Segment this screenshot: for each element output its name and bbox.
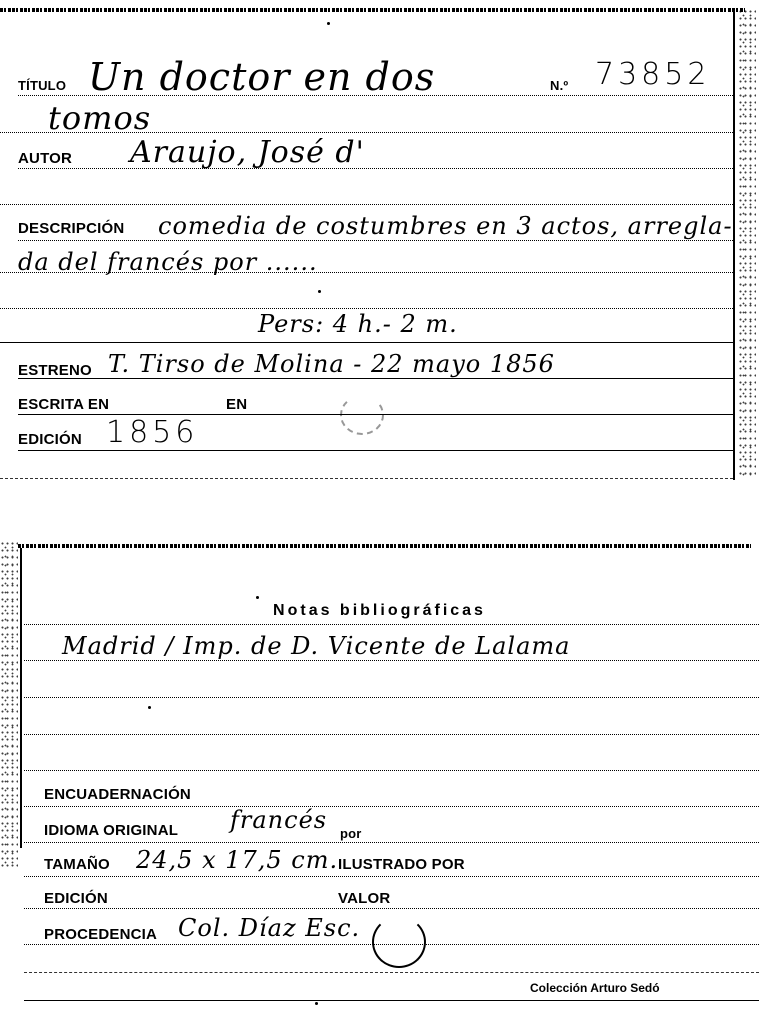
- rule: [18, 378, 733, 379]
- label-valor: Valor: [338, 890, 390, 907]
- label-titulo: Título: [18, 78, 66, 93]
- collection-credit: Colección Arturo Sedó: [530, 981, 660, 995]
- value-numero: 73852: [595, 60, 710, 90]
- rule: [0, 204, 733, 205]
- value-procedencia: Col. Díaz Esc.: [178, 916, 360, 940]
- rule: [24, 842, 759, 843]
- value-titulo-cont: tomos: [48, 102, 151, 134]
- value-titulo: Un doctor en dos: [88, 58, 435, 96]
- rule: [18, 168, 733, 169]
- rule: [24, 624, 759, 625]
- card-bottom-edge: [0, 478, 733, 479]
- rule: [24, 697, 759, 698]
- rule: [0, 272, 733, 273]
- label-escrita-en-lugar: En: [226, 396, 247, 413]
- rule: [24, 908, 759, 909]
- label-edicion: Edición: [18, 431, 82, 448]
- rule: [18, 240, 733, 241]
- rule: [0, 342, 733, 343]
- speck: [318, 290, 321, 293]
- label-autor: Autor: [18, 150, 72, 167]
- card-edge-speckle: [0, 540, 18, 870]
- label-encuadernacion: Encuadernación: [44, 786, 191, 803]
- label-ilustrado-por: Ilustrado por: [338, 856, 465, 873]
- value-notas: Madrid / Imp. de D. Vicente de Lalama: [62, 634, 570, 658]
- label-edicion-2: Edición: [44, 890, 108, 907]
- speck: [327, 22, 330, 25]
- value-estreno: T. Tirso de Molina - 22 mayo 1856: [108, 352, 555, 376]
- label-estreno: Estreno: [18, 362, 92, 379]
- rule: [0, 308, 733, 309]
- value-personajes: Pers: 4 h.- 2 m.: [258, 312, 458, 336]
- stamp-mark: [340, 395, 384, 435]
- rule: [0, 132, 733, 133]
- value-idioma-original: francés: [230, 808, 327, 832]
- rule: [18, 95, 733, 96]
- value-edicion: 1856: [106, 418, 198, 448]
- rule: [24, 972, 759, 973]
- value-descripcion: comedia de costumbres en 3 actos, arregl…: [158, 214, 733, 238]
- speck: [148, 706, 151, 709]
- label-escrita-en: Escrita en: [18, 396, 109, 413]
- value-descripcion-cont: da del francés por ......: [18, 250, 318, 274]
- card-right-border: [733, 12, 735, 480]
- rule: [24, 806, 759, 807]
- label-numero: N.º: [550, 78, 568, 93]
- rule: [24, 734, 759, 735]
- speck: [256, 596, 259, 599]
- rule: [24, 770, 759, 771]
- card-edge-speckle: [738, 8, 756, 478]
- catalog-card-front: Título Un doctor en dos N.º 73852 tomos …: [0, 0, 759, 500]
- label-descripcion: Descripción: [18, 220, 124, 237]
- card-bottom-edge: [24, 1000, 759, 1001]
- speck: [315, 1002, 318, 1005]
- section-heading-notas: Notas bibliográficas: [0, 602, 759, 620]
- stamp-mark: [372, 916, 426, 968]
- rule: [24, 876, 759, 877]
- rule: [24, 660, 759, 661]
- card-top-edge: [18, 544, 751, 548]
- label-tamano: Tamaño: [44, 856, 110, 873]
- card-left-border: [20, 548, 22, 848]
- catalog-card-back: Notas bibliográficas Madrid / Imp. de D.…: [0, 536, 759, 1016]
- label-procedencia: Procedencia: [44, 926, 157, 943]
- label-idioma-original: Idioma original: [44, 822, 178, 839]
- value-autor: Araujo, José d': [130, 138, 365, 168]
- label-traducido-por: por: [340, 826, 362, 841]
- rule: [18, 450, 733, 451]
- card-top-edge: [0, 8, 745, 12]
- value-tamano: 24,5 x 17,5 cm.: [136, 848, 338, 872]
